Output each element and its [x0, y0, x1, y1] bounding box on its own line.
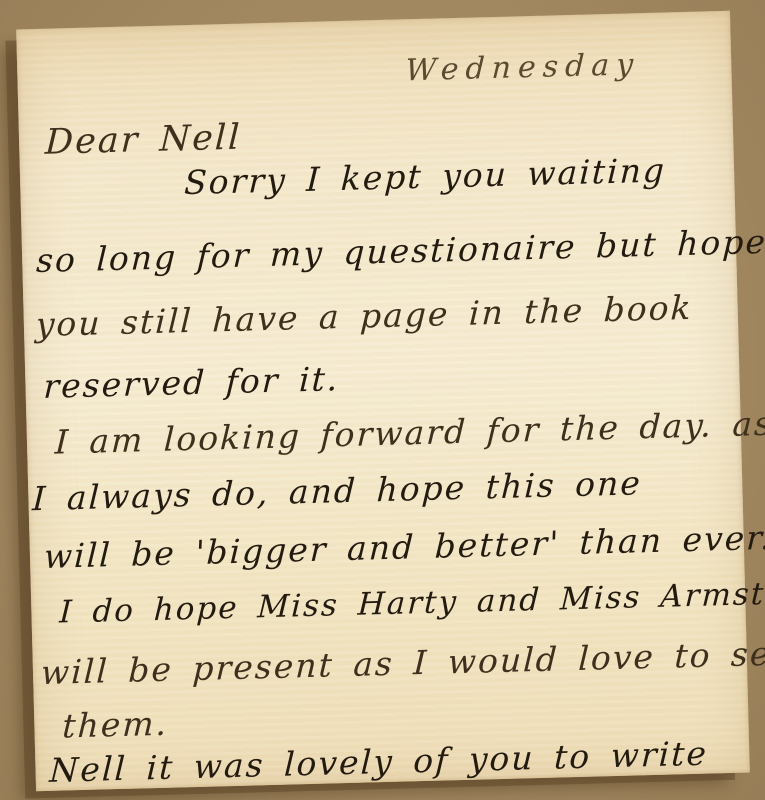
letter-body-line: Sorry I kept you waiting — [183, 150, 667, 202]
letter-date: Wednesday — [405, 47, 641, 88]
letter-paper: Wednesday Dear Nell Sorry I kept you wai… — [16, 11, 750, 791]
letter-body-line: reserved for it. — [43, 359, 341, 406]
letter-salutation: Dear Nell — [44, 118, 242, 163]
letter-body-line: them. — [62, 704, 169, 746]
backing-board: Wednesday Dear Nell Sorry I kept you wai… — [0, 0, 765, 800]
letter-body-line: I am looking forward for the day. as — [54, 404, 765, 462]
letter-body-line: will be present as I would love to see — [40, 633, 765, 692]
letter-body-line: will be 'bigger and better' than ever. — [43, 518, 765, 576]
letter-body-line: you still have a page in the book — [35, 288, 693, 344]
letter-body-line: so long for my questionaire but hope — [35, 222, 765, 280]
letter-body-line: I do hope Miss Harty and Miss Armstrong — [59, 574, 765, 631]
letter-body-line: I always do, and hope this one — [32, 463, 643, 518]
